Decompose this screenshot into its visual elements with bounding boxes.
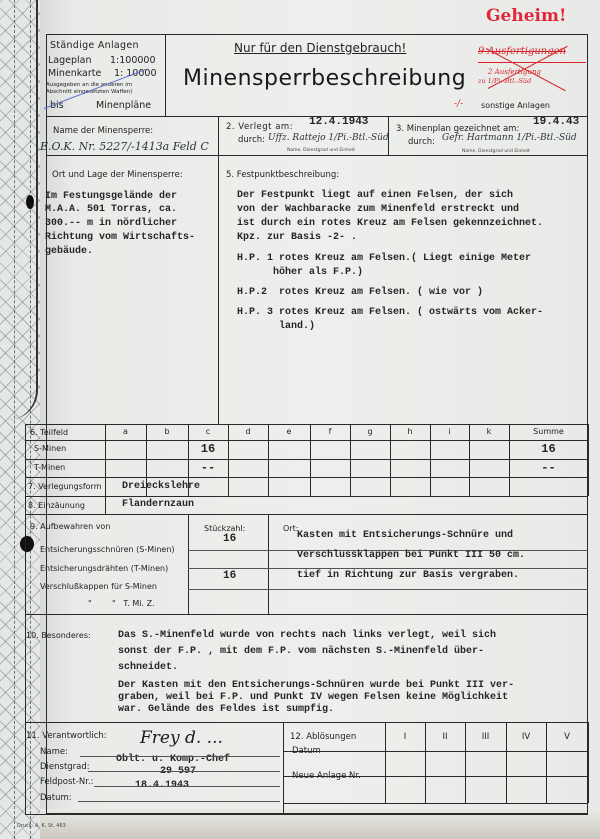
fixpoint-line: land.) xyxy=(237,321,315,332)
location-line: Richtung vom Wirtschafts- xyxy=(45,232,195,243)
column-header: k xyxy=(469,427,509,436)
verlegungsform-label: 7. Verlegungsform xyxy=(28,482,102,491)
location-line: gebäude. xyxy=(45,246,93,257)
replacement-column: V xyxy=(546,732,588,742)
column-header: b xyxy=(146,427,188,436)
fixpoint-line: Der Festpunkt liegt auf einen Felsen, de… xyxy=(237,190,513,201)
column-header: Summe xyxy=(509,427,588,436)
verlegungsform-value: Dreieckslehre xyxy=(122,481,200,492)
signature: Frey d. ... xyxy=(140,728,223,748)
location-line: 300.-- m in nördlicher xyxy=(45,218,177,229)
column-header: h xyxy=(390,427,430,436)
replacements-label: 12. Ablösungen xyxy=(290,732,356,742)
replacement-row-label: Neue Anlage Nr. xyxy=(292,771,361,781)
column-header: f xyxy=(310,427,350,436)
restriction-notice: Nur für den Dienstgebrauch! xyxy=(234,41,406,55)
column-header: a xyxy=(105,427,146,436)
location-line: Im Festungsgelände der xyxy=(45,190,177,204)
punch-hole xyxy=(20,536,34,552)
mine-count: 16 xyxy=(188,442,228,456)
mine-count: 16 xyxy=(509,442,588,456)
teilfeld-label: 6. Teilfeld xyxy=(30,428,68,437)
column-header: i xyxy=(430,427,469,436)
column-header: g xyxy=(350,427,390,436)
row-label: S-Minen xyxy=(34,444,66,453)
fixpoint-line: höher als F.P.) xyxy=(237,267,363,278)
fixpoint-line: Kpz. zur Basis -2- . xyxy=(237,232,357,243)
column-header: e xyxy=(268,427,310,436)
page-title: Minensperrbeschreibung xyxy=(183,66,466,91)
einzaeunung-value: Flandernzaun xyxy=(122,499,194,510)
mine-count: -- xyxy=(188,461,228,475)
mine-count: -- xyxy=(509,461,588,475)
column-header: d xyxy=(228,427,268,436)
replacement-column: I xyxy=(385,732,425,742)
replacement-column: II xyxy=(425,732,465,742)
print-code: Druck: A. K. St. 463 xyxy=(17,823,66,829)
replacement-column: III xyxy=(465,732,506,742)
fixpoint-line: H.P. 1 rotes Kreuz am Felsen.( Liegt ein… xyxy=(237,253,531,264)
fixpoint-line: von der Wachbaracke zum Minenfeld erstre… xyxy=(237,204,519,215)
punch-hole xyxy=(26,195,34,209)
classification-stamp: Geheim! xyxy=(486,6,566,26)
column-header: c xyxy=(188,427,228,436)
replacement-column: IV xyxy=(506,732,546,742)
replacement-row-label: Datum xyxy=(292,746,321,756)
fixpoint-line: ist durch ein rotes Kreuz am Felsen geke… xyxy=(237,218,543,229)
row-label: T-Minen xyxy=(34,463,65,472)
fixpoint-line: H.P.2 rotes Kreuz am Felsen. ( wie vor ) xyxy=(237,287,483,298)
fixpoint-line: H.P. 3 rotes Kreuz am Felsen. ( ostwärts… xyxy=(237,307,543,318)
location-line: M.A.A. 501 Torras, ca. xyxy=(45,204,177,215)
einzaeunung-label: 8. Einzäunung xyxy=(28,501,85,510)
